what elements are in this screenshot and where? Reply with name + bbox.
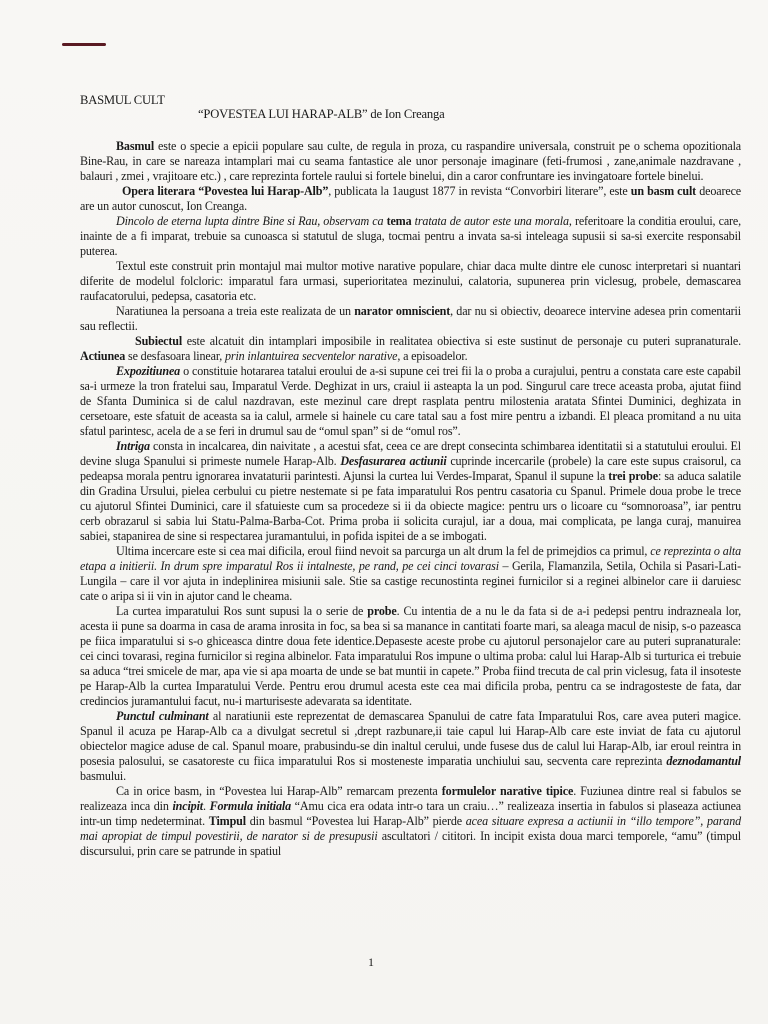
paragraph: La curtea imparatului Ros sunt supusi la… bbox=[80, 604, 741, 709]
document-body: Basmul este o specie a epicii populare s… bbox=[80, 139, 741, 859]
page-number: 1 bbox=[368, 955, 374, 970]
paragraph: Ca in orice basm, in “Povestea lui Harap… bbox=[80, 784, 741, 859]
document-title: “POVESTEA LUI HARAP-ALB” de Ion Creanga bbox=[198, 107, 444, 122]
document-kicker: BASMUL CULT bbox=[80, 93, 165, 108]
paragraph: Intriga consta in incalcarea, din naivit… bbox=[80, 439, 741, 544]
paragraph: Punctul culminant al naratiunii este rep… bbox=[80, 709, 741, 784]
paragraph: Ultima incercare este si cea mai dificil… bbox=[80, 544, 741, 604]
paragraph: Expozitiunea o constituie hotararea tata… bbox=[80, 364, 741, 439]
scanned-page: BASMUL CULT “POVESTEA LUI HARAP-ALB” de … bbox=[0, 0, 768, 1024]
paragraph: Opera literara “Povestea lui Harap-Alb”,… bbox=[80, 184, 741, 214]
pen-mark bbox=[62, 43, 106, 46]
paragraph: Naratiunea la persoana a treia este real… bbox=[80, 304, 741, 334]
paragraph: Basmul este o specie a epicii populare s… bbox=[80, 139, 741, 184]
paragraph: Dincolo de eterna lupta dintre Bine si R… bbox=[80, 214, 741, 259]
paragraph: Textul este construit prin montajul mai … bbox=[80, 259, 741, 304]
paragraph: Subiectul este alcatuit din intamplari i… bbox=[80, 334, 741, 364]
